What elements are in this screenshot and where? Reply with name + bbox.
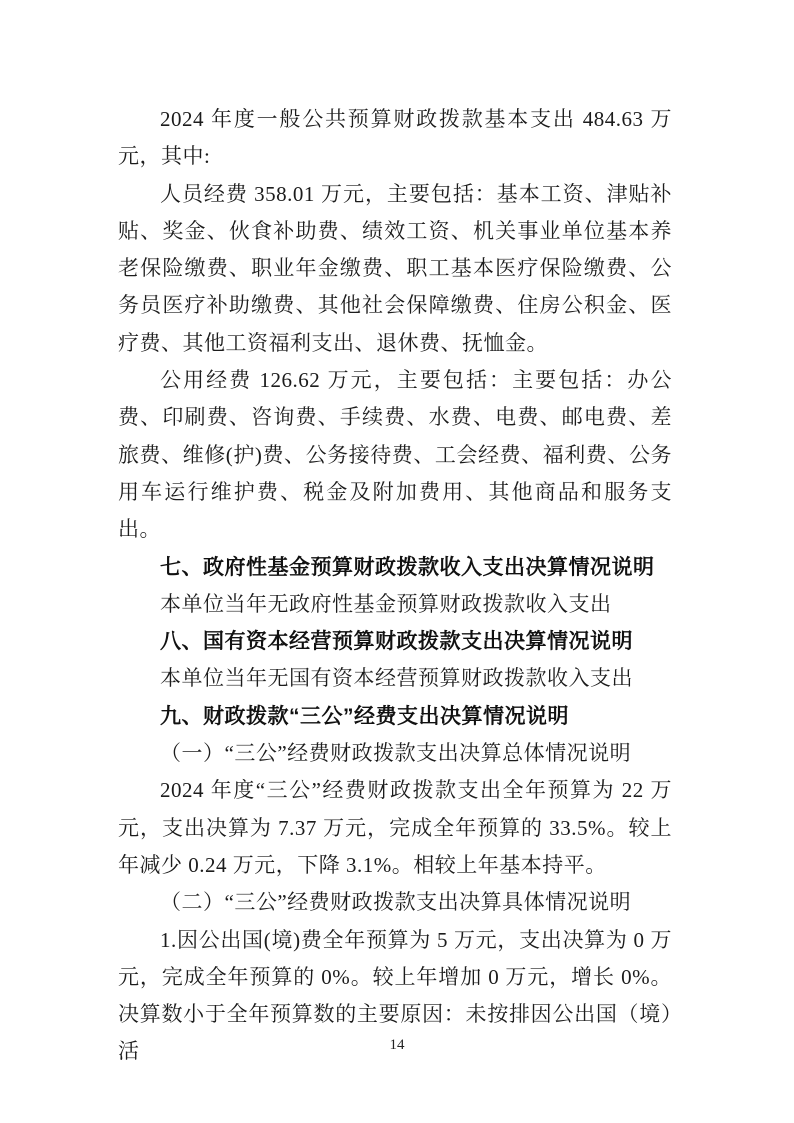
paragraph-sangong-overall-title: （一）“三公”经费财政拨款支出决算总体情况说明 [118, 735, 672, 772]
paragraph-personnel-funds: 人员经费 358.01 万元，主要包括：基本工资、津贴补贴、奖金、伙食补助费、绩… [118, 176, 672, 362]
page-number: 14 [390, 1037, 405, 1053]
section-heading-7: 七、政府性基金预算财政拨款收入支出决算情况说明 [118, 549, 672, 586]
paragraph-sangong-overall-detail: 2024 年度“三公”经费财政拨款支出全年预算为 22 万元，支出决算为 7.3… [118, 772, 672, 884]
paragraph-no-state-capital-budget: 本单位当年无国有资本经营预算财政拨款收入支出 [118, 660, 672, 697]
section-heading-8: 八、国有资本经营预算财政拨款支出决算情况说明 [118, 623, 672, 660]
paragraph-no-govt-fund-budget: 本单位当年无政府性基金预算财政拨款收入支出 [118, 586, 672, 623]
paragraph-public-funds: 公用经费 126.62 万元，主要包括：主要包括：办公费、印刷费、咨询费、手续费… [118, 362, 672, 548]
section-heading-9: 九、财政拨款“三公”经费支出决算情况说明 [118, 698, 672, 735]
document-page: 2024 年度一般公共预算财政拨款基本支出 484.63 万元，其中: 人员经费… [0, 0, 794, 1123]
page-footer: 14 [0, 1036, 794, 1054]
paragraph-sangong-specific-title: （二）“三公”经费财政拨款支出决算具体情况说明 [118, 884, 672, 921]
document-body: 2024 年度一般公共预算财政拨款基本支出 484.63 万元，其中: 人员经费… [118, 101, 672, 1071]
paragraph-basic-expenditure: 2024 年度一般公共预算财政拨款基本支出 484.63 万元，其中: [118, 101, 672, 176]
